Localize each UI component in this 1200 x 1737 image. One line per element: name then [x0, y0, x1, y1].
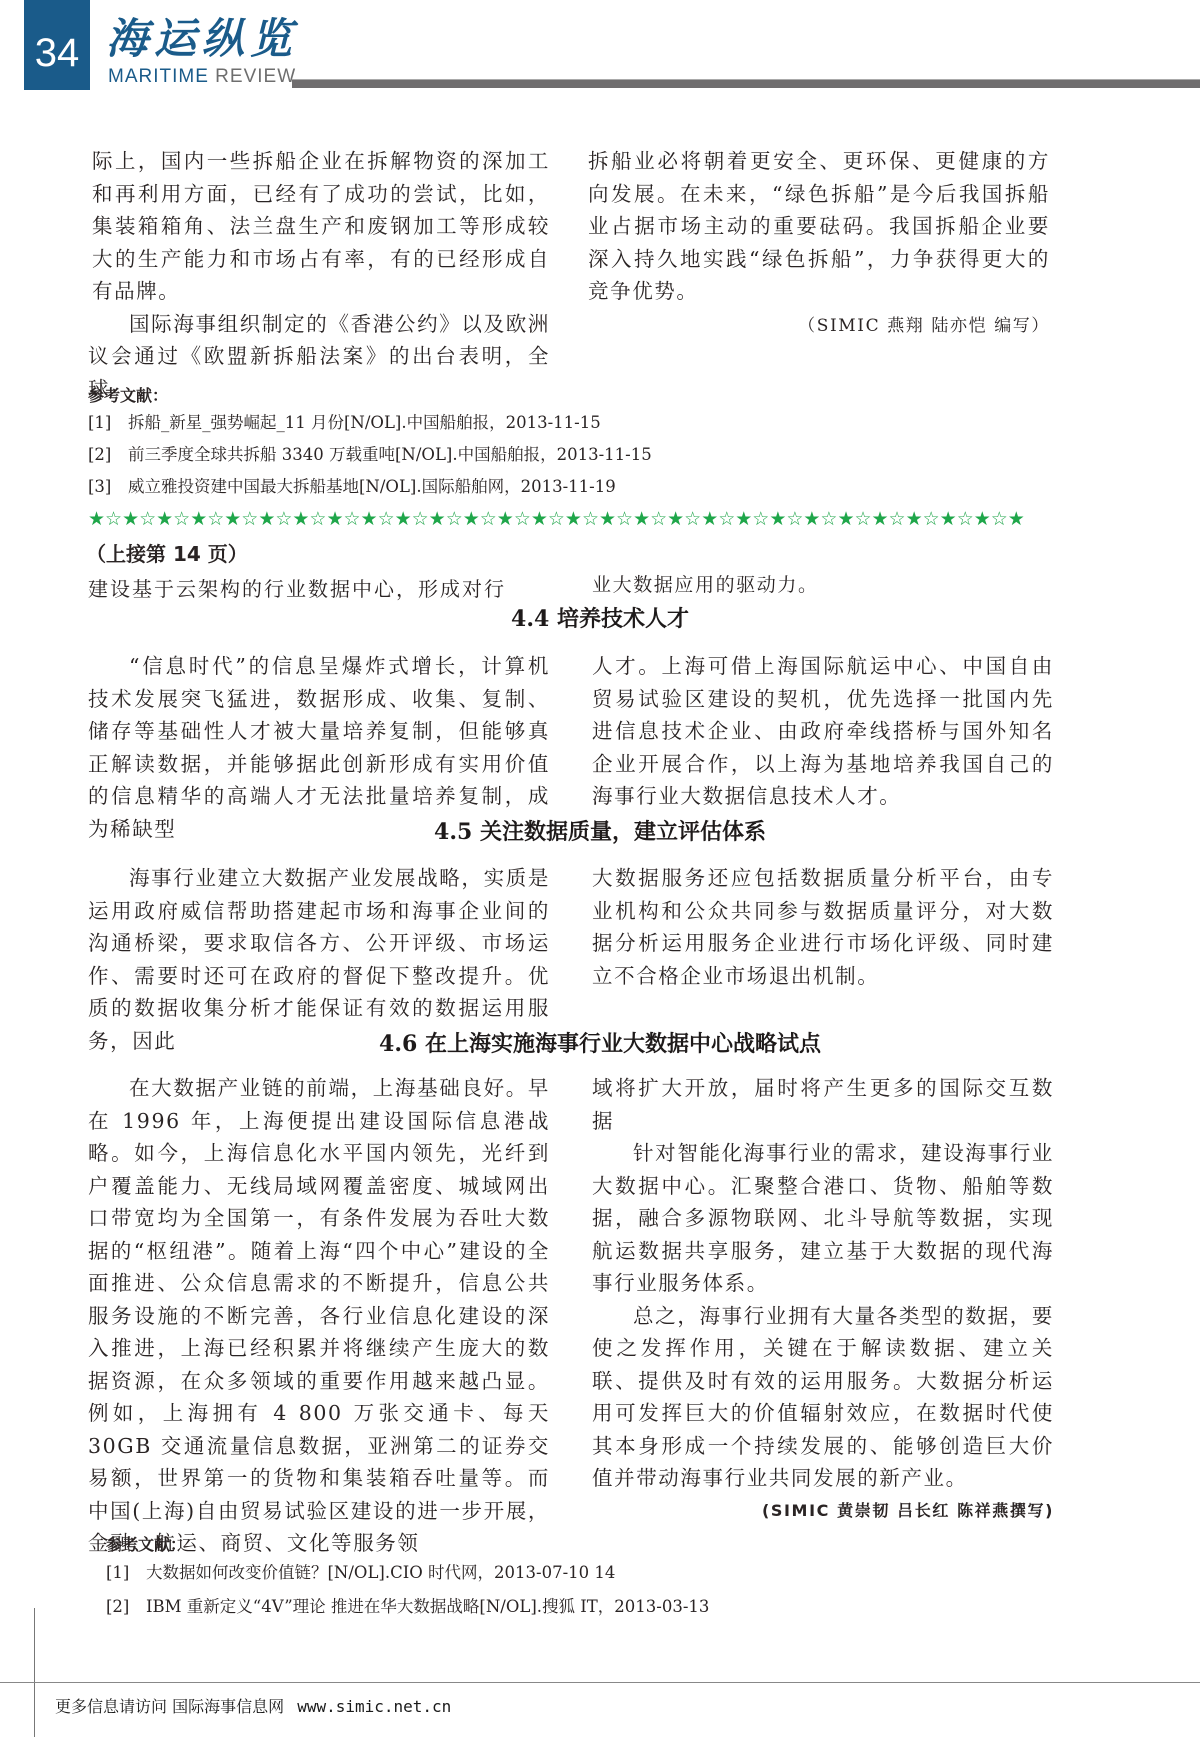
- reference-item: [1] 大数据如何改变价值链？[N/OL].CIO 时代网，2013-07-10…: [106, 1563, 615, 1583]
- star-divider: ★☆★☆★☆★☆★☆★☆★☆★☆★☆★☆★☆★☆★☆★☆★☆★☆★☆★☆★☆★☆…: [88, 507, 1025, 531]
- footer-text: 更多信息请访问 国际海事信息网: [55, 1697, 284, 1716]
- paragraph: 针对智能化海事行业的需求，建设海事行业大数据中心。汇聚整合港口、货物、船舶等数据…: [592, 1137, 1054, 1300]
- paragraph: 拆船业必将朝着更安全、更环保、更健康的方向发展。在未来，“绿色拆船”是今后我国拆…: [588, 145, 1050, 308]
- section-4-6-left: 在大数据产业链的前端，上海基础良好。早在 1996 年，上海便提出建设国际信息港…: [88, 1072, 550, 1560]
- section-heading: 4.5 关注数据质量，建立评估体系: [0, 815, 1200, 846]
- subtitle-review: REVIEW: [215, 66, 296, 87]
- paragraph: 总之，海事行业拥有大量各类型的数据，要使之发挥作用，关键在于解读数据、建立关联、…: [592, 1300, 1054, 1495]
- reference-item: [2] IBM 重新定义“4V”理论 推进在华大数据战略[N/OL].搜狐 IT…: [106, 1597, 709, 1617]
- footer-url[interactable]: www.simic.net.cn: [297, 1697, 451, 1716]
- section-heading: 4.4 培养技术人才: [0, 602, 1200, 633]
- magazine-title: 海运纵览: [106, 16, 298, 62]
- section-4-4-right: 人才。上海可借上海国际航运中心、中国自由贸易试验区建设的契机，优先选择一批国内先…: [592, 650, 1054, 813]
- continued-note: （上接第 14 页）: [86, 538, 248, 567]
- margin-line: [34, 1608, 35, 1737]
- reference-item: [1] 拆船_新星_强势崛起_11 月份[N/OL].中国船舶报，2013-11…: [88, 413, 601, 433]
- paragraph: 域将扩大开放，届时将产生更多的国际交互数据: [592, 1072, 1054, 1137]
- paragraph: 际上，国内一些拆船企业在拆解物资的深加工和再利用方面，已经有了成功的尝试，比如，…: [88, 145, 550, 308]
- author-credit: (SIMIC 黄崇韧 吕长红 陈祥燕撰写): [592, 1495, 1054, 1528]
- intro-left: 建设基于云架构的行业数据中心，形成对行: [88, 573, 550, 606]
- section-heading: 4.6 在上海实施海事行业大数据中心战略试点: [0, 1027, 1200, 1058]
- section-4-6-right: 域将扩大开放，届时将产生更多的国际交互数据 针对智能化海事行业的需求，建设海事行…: [592, 1072, 1054, 1527]
- footer-rule: [0, 1682, 1200, 1683]
- intro-right: 业大数据应用的驱动力。: [592, 569, 1054, 602]
- page-number: 34: [24, 0, 90, 90]
- reference-item: [3] 威立雅投资建中国最大拆船基地[N/OL].国际船舶网，2013-11-1…: [88, 477, 616, 497]
- magazine-subtitle: MARITIME REVIEW: [108, 66, 296, 88]
- header-rule: [292, 79, 1200, 88]
- subtitle-maritime: MARITIME: [108, 66, 209, 87]
- section-4-5-right: 大数据服务还应包括数据质量分析平台，由专业机构和公众共同参与数据质量评分，对大数…: [592, 862, 1054, 992]
- article1-left-column: 际上，国内一些拆船企业在拆解物资的深加工和再利用方面，已经有了成功的尝试，比如，…: [88, 145, 550, 405]
- footer: 更多信息请访问 国际海事信息网 www.simic.net.cn: [55, 1694, 451, 1717]
- article1-right-column: 拆船业必将朝着更安全、更环保、更健康的方向发展。在未来，“绿色拆船”是今后我国拆…: [588, 145, 1050, 342]
- references-title: 参考文献：: [88, 383, 168, 406]
- author-credit: （SIMIC 燕翔 陆亦恺 编写）: [588, 310, 1050, 343]
- references-title: 参考文献：: [106, 1532, 186, 1555]
- reference-item: [2] 前三季度全球共拆船 3340 万载重吨[N/OL].中国船舶报，2013…: [88, 445, 652, 465]
